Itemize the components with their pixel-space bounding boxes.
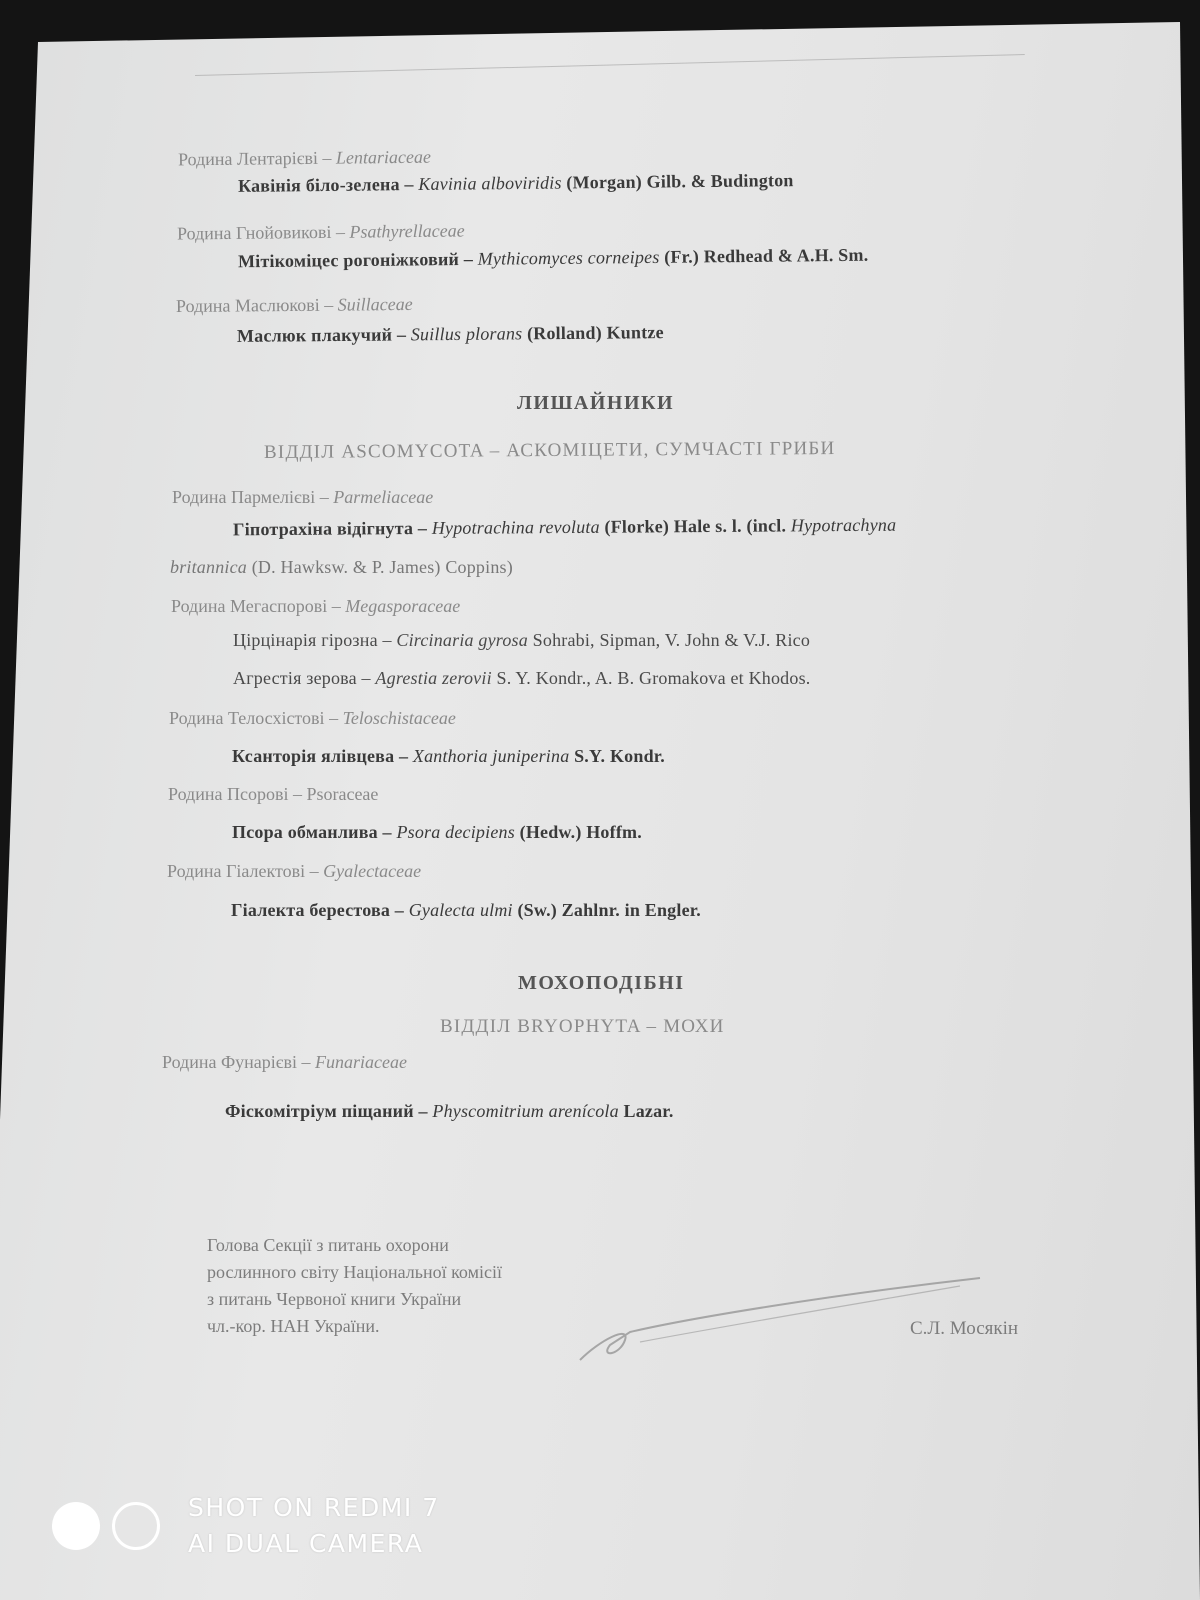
watermark-line-1: SHOT ON REDMI 7	[188, 1490, 440, 1526]
camera-lens-ring-icon	[112, 1502, 160, 1550]
signatory-name: С.Л. Мосякін	[910, 1318, 1018, 1340]
camera-lens-filled-icon	[52, 1502, 100, 1550]
family-suillaceae: Родина Маслюкові – Suillaceae	[176, 294, 413, 317]
species-physcomitrium: Фіскомітріум піщаний – Physcomitrium are…	[225, 1101, 674, 1122]
species-xanthoria: Ксанторія ялівцева – Xanthoria juniperin…	[232, 746, 665, 767]
camera-watermark: SHOT ON REDMI 7 AI DUAL CAMERA	[52, 1490, 440, 1562]
species-circinaria: Цірцінарія гірозна – Circinaria gyrosa S…	[233, 630, 810, 651]
division-bryophyta: ВІДДІЛ BRYOPHYTA – МОХИ	[440, 1016, 725, 1038]
family-gyalectaceae: Родина Гіалектові – Gyalectaceae	[167, 861, 421, 882]
species-gyalecta: Гіалекта берестова – Gyalecta ulmi (Sw.)…	[231, 900, 701, 921]
division-ascomycota: ВІДДІЛ ASCOMYCOTA – АСКОМІЦЕТИ, СУМЧАСТІ…	[264, 438, 836, 464]
family-psathyrellaceae: Родина Гнойовикові – Psathyrellaceae	[177, 220, 465, 244]
species-agrestia: Агрестія зерова – Agrestia zerovii S. Y.…	[233, 668, 810, 689]
species-psora: Псора обманлива – Psora decipiens (Hedw.…	[232, 822, 642, 843]
family-teloschistaceae: Родина Телосхістові – Teloschistaceae	[169, 708, 456, 729]
watermark-line-2: AI DUAL CAMERA	[188, 1526, 440, 1562]
family-lentariaceae: Родина Лентарієві – Lentariaceae	[178, 147, 431, 171]
signature-title-block: Голова Секції з питань охорони рослинног…	[207, 1232, 502, 1340]
section-heading-mosses: МОХОПОДІБНІ	[518, 972, 685, 995]
family-megasporaceae: Родина Мегаспорові – Megasporaceae	[171, 596, 460, 617]
family-funariaceae: Родина Фунарієві – Funariaceae	[162, 1052, 407, 1073]
section-heading-lichens: ЛИШАЙНИКИ	[517, 392, 674, 415]
family-parmeliaceae: Родина Пармелієві – Parmeliaceae	[172, 487, 433, 508]
species-suillus: Маслюк плакучий – Suillus plorans (Rolla…	[237, 322, 664, 347]
family-psoraceae: Родина Псорові – Psoraceae	[168, 784, 378, 805]
species-hypotrachina-cont: britannica (D. Hawksw. & P. James) Coppi…	[170, 557, 513, 578]
